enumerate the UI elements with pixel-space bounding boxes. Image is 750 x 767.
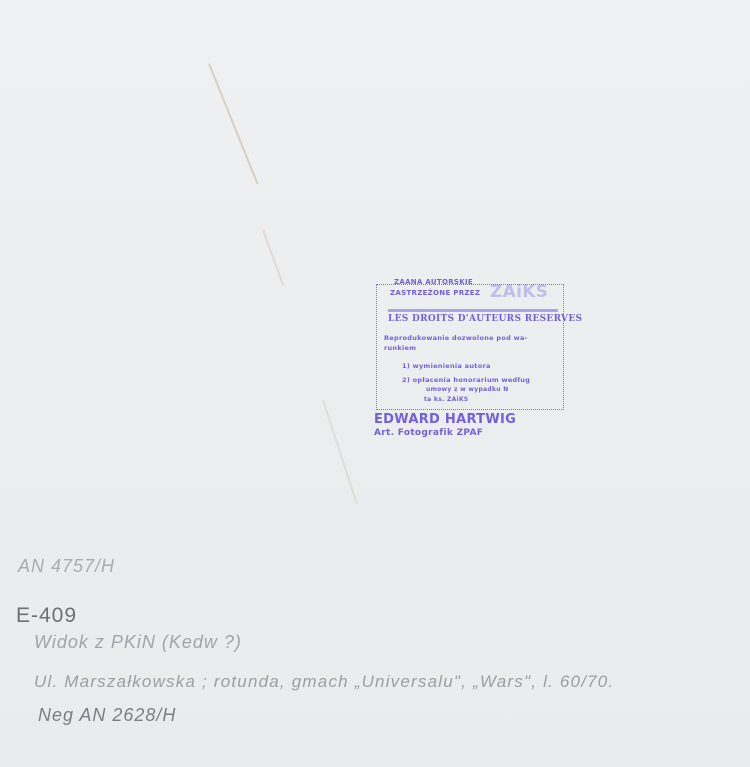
- negative-number: Neg AN 2628/H: [38, 705, 176, 726]
- stamp-line-droits: LES DROITS D'AUTEURS RESERVES: [388, 314, 582, 324]
- stamp-photographer-title: Art. Fotografik ZPAF: [374, 428, 483, 438]
- stamp-line-repro: Reprodukowanie dozwolone pod wa-: [384, 334, 528, 342]
- stamp-line-cond-1: 1) wymienienia autora: [402, 362, 491, 370]
- stamp-line-zaiks: ta ks. ZAiKS: [424, 396, 469, 403]
- catalog-number: E-409: [16, 604, 77, 628]
- stamp-line-2: ZASTRZEŻONE PRZEZ: [390, 289, 480, 297]
- stamp-line-umowy: umowy z w wypadku N: [426, 386, 509, 393]
- stamp-line-cond-2: 2) opłacenia honorarium według: [402, 376, 530, 384]
- scratch-mark: [322, 399, 358, 504]
- copyright-stamp: ZAANA AUTORSKIE ZASTRZEŻONE PRZEZ ZAiKS …: [372, 276, 567, 446]
- stamp-bar: [388, 309, 558, 312]
- description-note: Ul. Marszałkowska ; rotunda, gmach „Univ…: [34, 672, 614, 692]
- scratch-mark: [262, 229, 284, 286]
- stamp-zaiks: ZAiKS: [490, 282, 548, 302]
- title-note: Widok z PKiN (Kedw ?): [34, 632, 242, 653]
- stamp-line-1: ZAANA AUTORSKIE: [394, 278, 473, 286]
- scratch-mark: [208, 63, 259, 184]
- stamp-photographer-name: EDWARD HARTWIG: [374, 412, 516, 427]
- stamp-line-runkiem: runkiem: [384, 344, 416, 352]
- inventory-number: AN 4757/H: [18, 556, 115, 577]
